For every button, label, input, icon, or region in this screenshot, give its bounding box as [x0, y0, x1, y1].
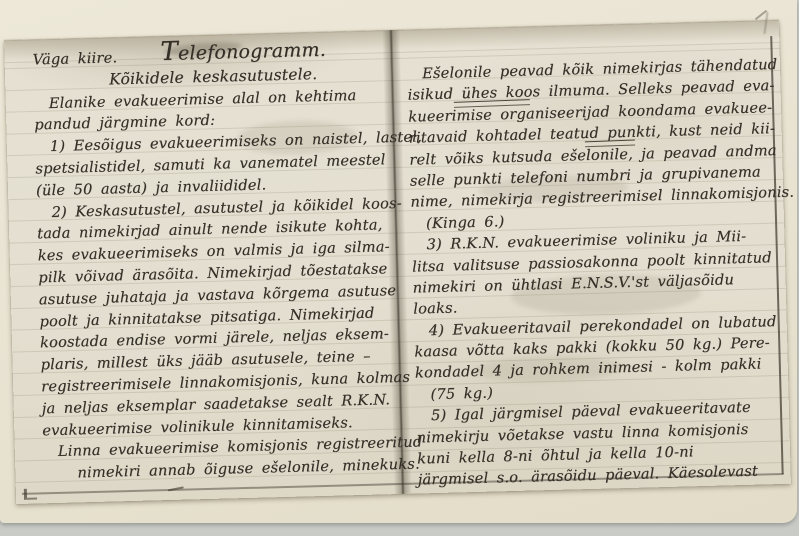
photo-mat: Väga kiire. Telefonogramm. Kõikidele kes…: [0, 0, 797, 523]
left-page: Väga kiire. Telefonogramm. Kõikidele kes…: [32, 40, 397, 485]
pencil-mark: [750, 12, 776, 42]
notebook-spread: Väga kiire. Telefonogramm. Kõikidele kes…: [4, 20, 791, 504]
page-corner-mark: [24, 489, 37, 500]
urgency-note: Väga kiire.: [32, 47, 117, 71]
right-page: Ešelonile peavad kõik nimekirjas tähenda…: [407, 54, 786, 491]
document-title: Telefonogramm.: [160, 38, 326, 66]
